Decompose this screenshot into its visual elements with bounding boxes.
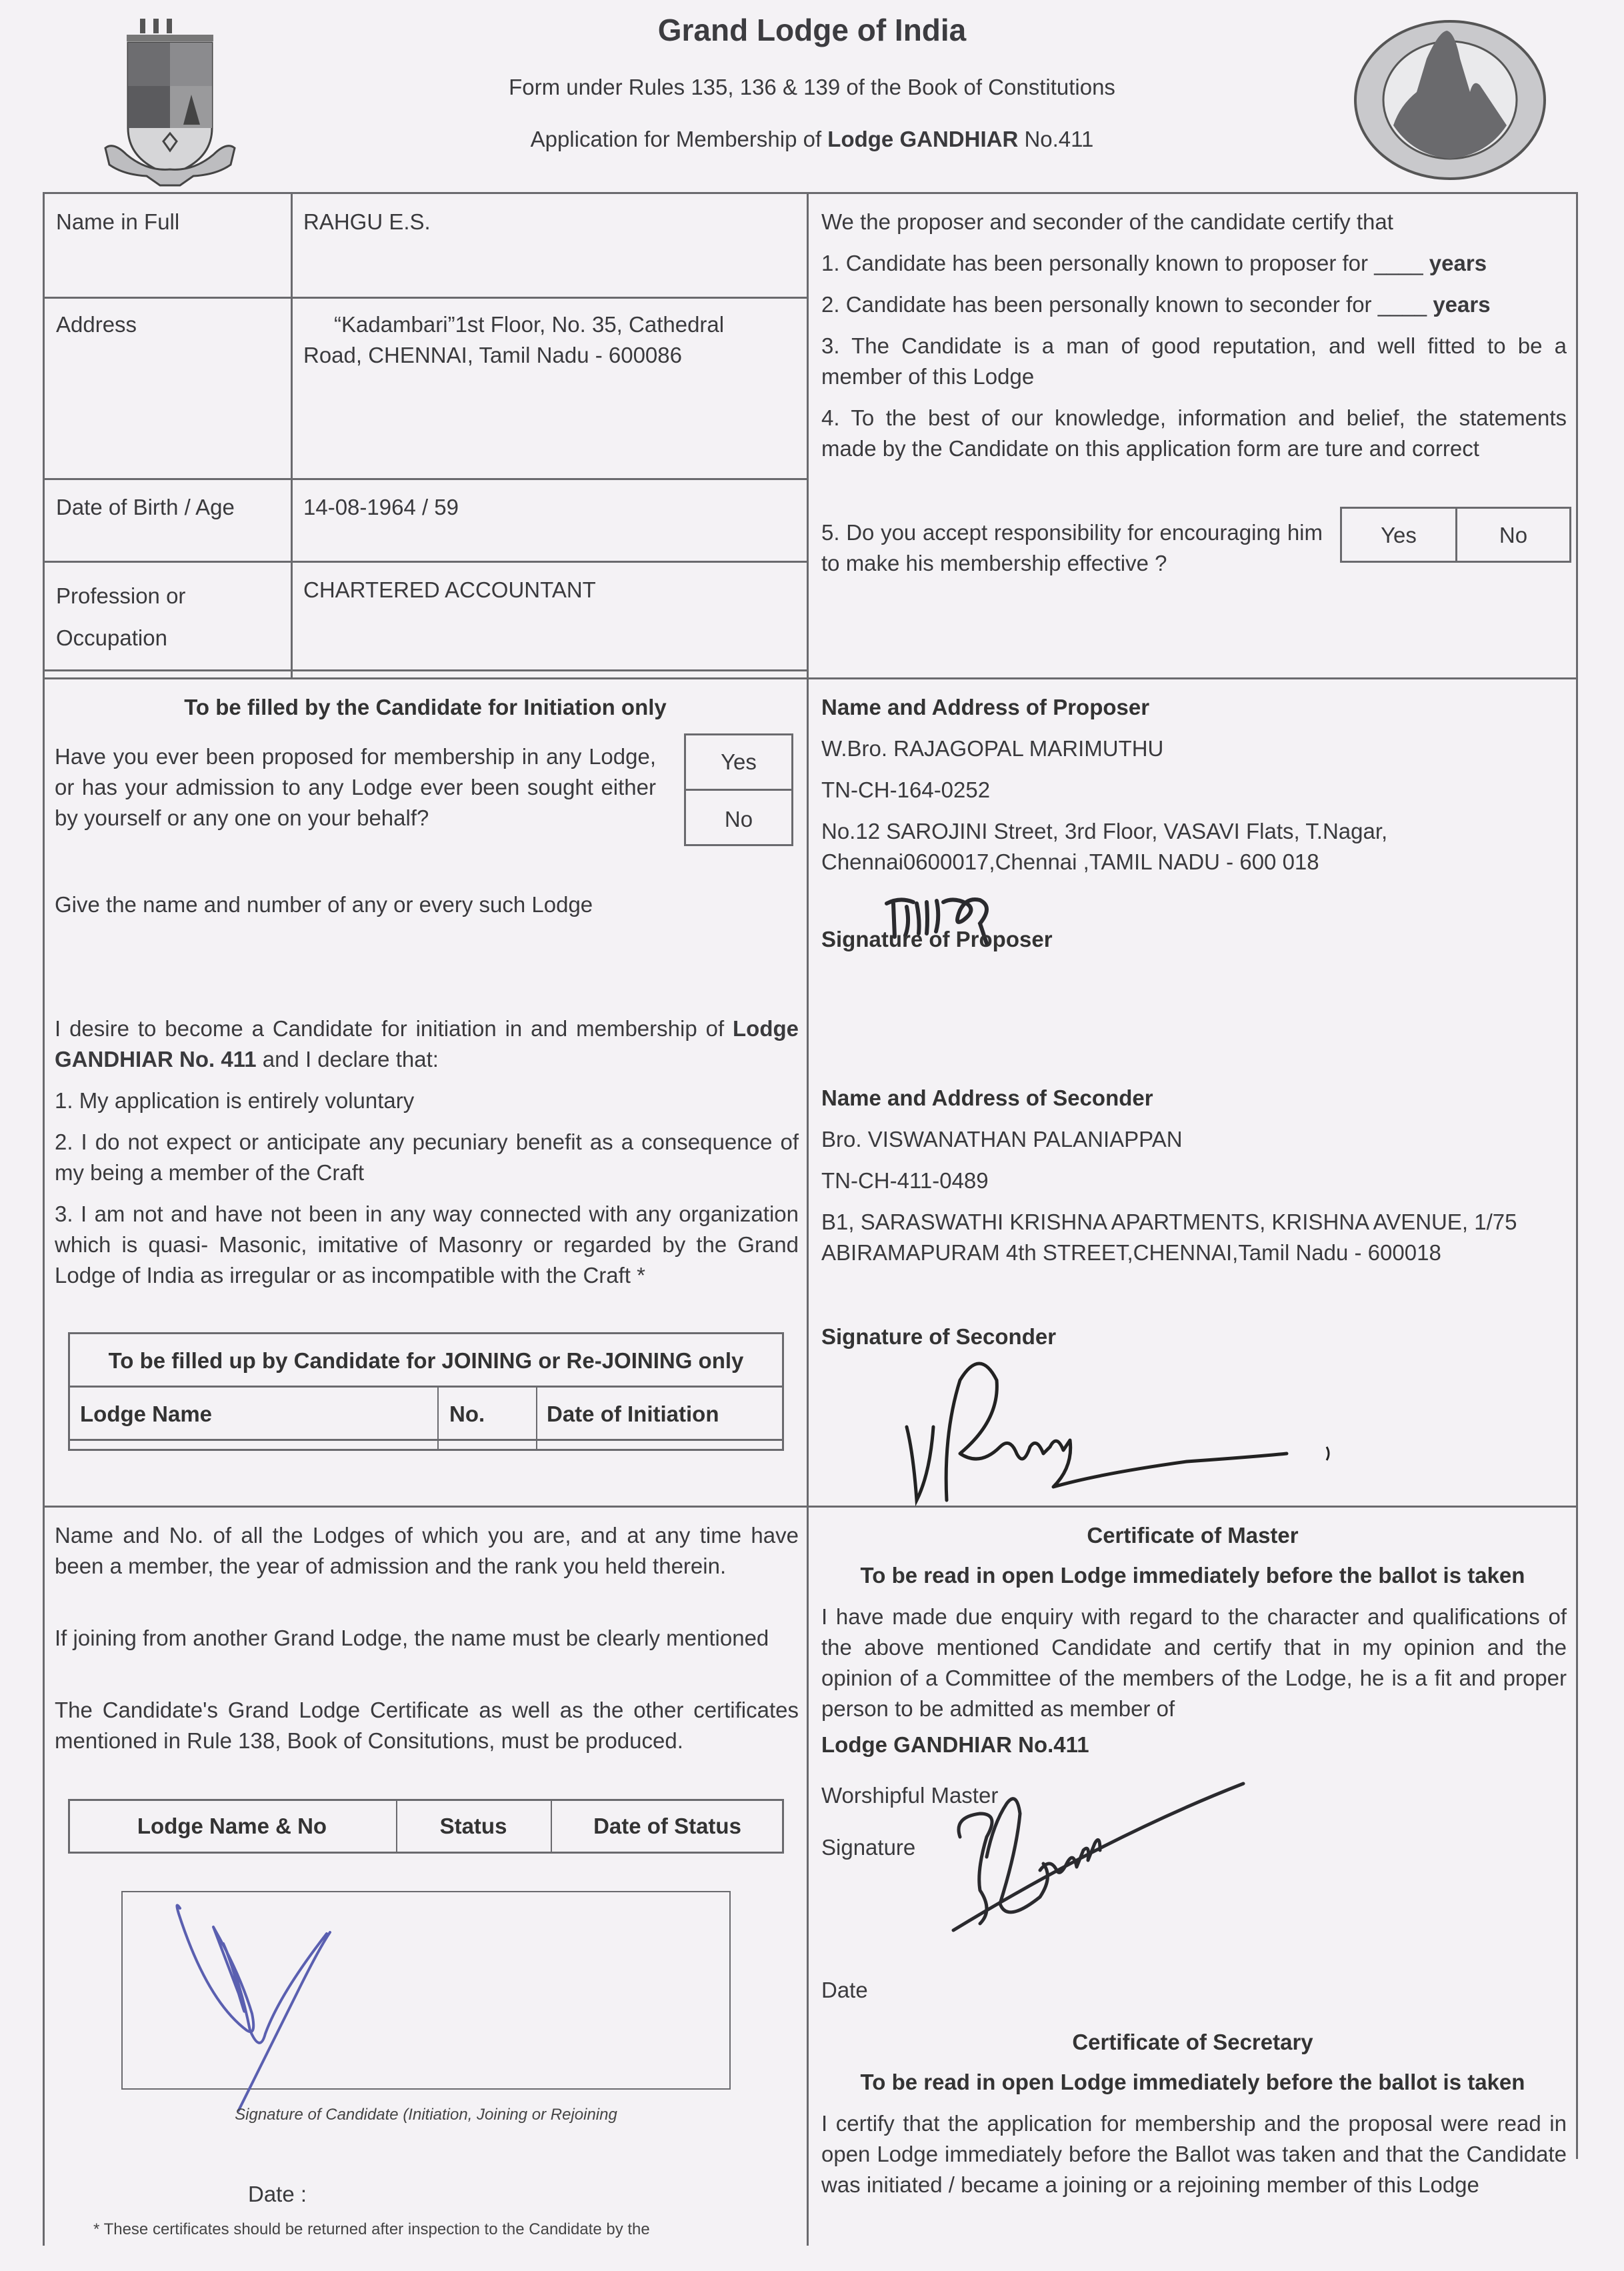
- responsibility-no-label: No: [1455, 520, 1571, 551]
- membership-paragraph-3: The Candidate's Grand Lodge Certificate …: [55, 1695, 799, 1756]
- seconder-signature-label: Signature of Seconder: [821, 1322, 1056, 1352]
- responsibility-yes-label: Yes: [1340, 520, 1457, 551]
- seconder-name: Bro. VISWANATHAN PALANIAPPAN: [821, 1124, 1183, 1155]
- years-label: years: [1433, 292, 1490, 317]
- field-value-address[interactable]: “Kadambari”1st Floor, No. 35, Cathedral …: [303, 309, 770, 371]
- field-value-name[interactable]: RAHGU E.S.: [303, 207, 431, 237]
- candidate-signature-caption: Signature of Candidate (Initiation, Join…: [121, 2106, 731, 2124]
- candidate-table-row-4: [43, 669, 808, 671]
- field-label-address: Address: [56, 309, 137, 340]
- application-prefix: Application for Membership of: [531, 127, 828, 151]
- give-lodge-name-prompt: Give the name and number of any or every…: [55, 889, 593, 920]
- grid-top-border: [43, 192, 1578, 194]
- field-label-dob-age: Date of Birth / Age: [56, 492, 235, 523]
- master-date-label: Date: [821, 1975, 868, 2006]
- candidate-table-col-divider: [291, 192, 293, 677]
- joining-col-lodge-name: Lodge Name: [80, 1399, 212, 1430]
- initiation-heading: To be filled by the Candidate for Initia…: [43, 692, 808, 723]
- candidate-table-row-2: [43, 478, 808, 480]
- joining-col-date-initiation: Date of Initiation: [547, 1399, 719, 1430]
- master-body: I have made due enquiry with regard to t…: [821, 1602, 1567, 1724]
- field-label-name: Name in Full: [56, 207, 179, 237]
- membership-paragraph-1: Name and No. of all the Lodges of which …: [55, 1520, 799, 1582]
- joining-table-heading: To be filled up by Candidate for JOINING…: [68, 1346, 784, 1376]
- regional-grand-lodge-seal-icon: [1353, 19, 1547, 185]
- proposer-heading: Name and Address of Proposer: [821, 692, 1149, 723]
- joining-col-number: No.: [449, 1399, 485, 1430]
- certification-intro: We the proposer and seconder of the cand…: [821, 207, 1393, 237]
- proposer-reg-no: TN-CH-164-0252: [821, 775, 990, 805]
- secretary-body: I certify that the application for membe…: [821, 2108, 1567, 2200]
- application-number: No.411: [1018, 127, 1093, 151]
- membership-col-date-status: Date of Status: [551, 1811, 784, 1842]
- seconder-signature-icon: [887, 1354, 1353, 1507]
- initiation-yes-label: Yes: [684, 747, 793, 777]
- master-subheading: To be read in open Lodge immediately bef…: [808, 1560, 1577, 1591]
- years-label: years: [1429, 251, 1487, 275]
- grid-left-border: [43, 192, 45, 2246]
- certification-item-1: 1. Candidate has been personally known t…: [821, 248, 1487, 279]
- secretary-heading: Certificate of Secretary: [808, 2027, 1577, 2058]
- seconder-heading: Name and Address of Seconder: [821, 1083, 1153, 1113]
- certification-item-3: 3. The Candidate is a man of good reputa…: [821, 331, 1567, 392]
- candidate-date-label: Date :: [248, 2179, 307, 2210]
- desire-statement: I desire to become a Candidate for initi…: [55, 1013, 799, 1075]
- proposer-years-blank[interactable]: ____: [1374, 251, 1423, 275]
- application-lodge: Lodge GANDHIAR: [827, 127, 1018, 151]
- seconder-address: B1, SARASWATHI KRISHNA APARTMENTS, KRISH…: [821, 1207, 1561, 1268]
- proposer-name: W.Bro. RAJAGOPAL MARIMUTHU: [821, 733, 1163, 764]
- proposer-signature-label: Signature of Proposer: [821, 924, 1053, 955]
- candidate-signature-icon: [167, 1894, 380, 2120]
- grid-center-divider: [807, 192, 809, 2246]
- candidate-table-row-1: [43, 297, 808, 299]
- declaration-1: 1. My application is entirely voluntary: [55, 1085, 799, 1116]
- initiation-question: Have you ever been proposed for membersh…: [55, 741, 656, 833]
- certification-item-5: 5. Do you accept responsibility for enco…: [821, 517, 1323, 579]
- declaration-3: 3. I am not and have not been in any way…: [55, 1199, 799, 1291]
- proposer-address: No.12 SAROJINI Street, 3rd Floor, VASAVI…: [821, 816, 1461, 877]
- field-value-dob-age[interactable]: 14-08-1964 / 59: [303, 492, 459, 523]
- certification-item-1-text: 1. Candidate has been personally known t…: [821, 251, 1368, 275]
- membership-col-lodge: Lodge Name & No: [68, 1811, 396, 1842]
- master-signature-label: Signature: [821, 1832, 915, 1863]
- grid-row-divider-1: [43, 677, 1578, 679]
- master-signature-icon: [940, 1777, 1253, 1944]
- desire-statement-text: I desire to become a Candidate for initi…: [55, 1016, 733, 1041]
- joining-table-row[interactable]: [70, 1441, 782, 1449]
- membership-col-status: Status: [396, 1811, 551, 1842]
- certification-item-2: 2. Candidate has been personally known t…: [821, 289, 1491, 320]
- seconder-years-blank[interactable]: ____: [1378, 292, 1427, 317]
- membership-paragraph-2: If joining from another Grand Lodge, the…: [55, 1623, 799, 1654]
- desire-statement-end: and I declare that:: [257, 1047, 439, 1071]
- certification-item-4: 4. To the best of our knowledge, informa…: [821, 403, 1567, 464]
- joining-table-header-divider: [68, 1386, 784, 1388]
- grid-right-border: [1576, 192, 1578, 2159]
- field-value-profession[interactable]: CHARTERED ACCOUNTANT: [303, 575, 596, 605]
- declaration-2: 2. I do not expect or anticipate any pec…: [55, 1127, 799, 1188]
- initiation-no-label: No: [684, 804, 793, 835]
- certification-item-2-text: 2. Candidate has been personally known t…: [821, 292, 1372, 317]
- secretary-subheading: To be read in open Lodge immediately bef…: [808, 2067, 1577, 2098]
- seconder-reg-no: TN-CH-411-0489: [821, 1166, 989, 1196]
- master-heading: Certificate of Master: [808, 1520, 1577, 1551]
- coat-of-arms-logo-icon: [100, 15, 240, 188]
- candidate-table-row-3: [43, 561, 808, 563]
- field-label-profession: Profession or Occupation: [56, 575, 209, 659]
- certificates-footnote: * These certificates should be returned …: [93, 2220, 650, 2239]
- master-lodge: Lodge GANDHIAR No.411: [821, 1730, 1089, 1760]
